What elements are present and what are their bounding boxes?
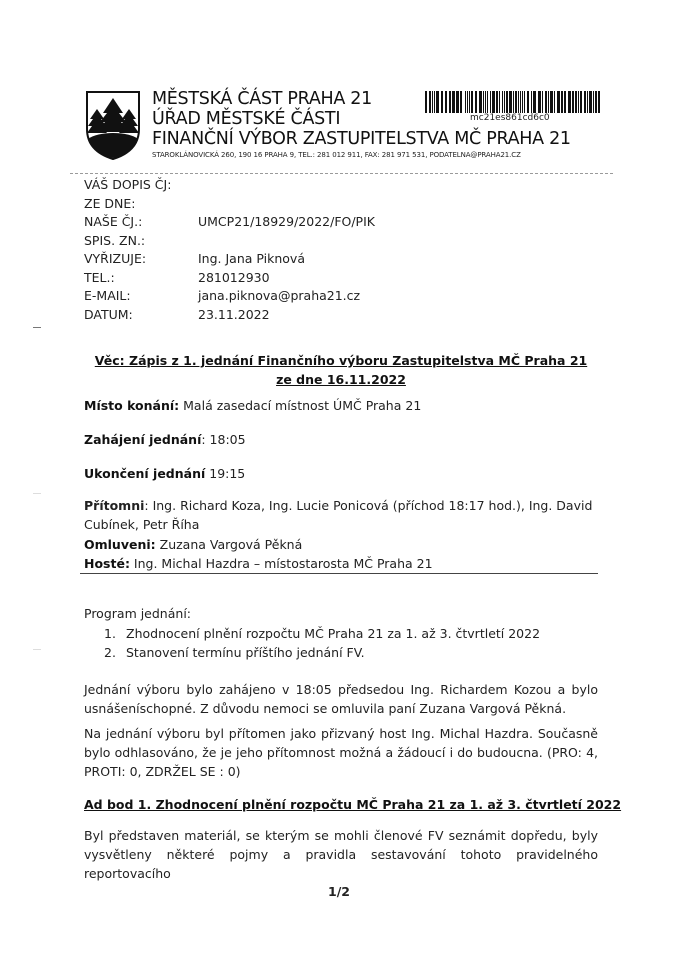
program-item: 1.Zhodnocení plnění rozpočtu MČ Praha 21… [104, 624, 540, 643]
program-item-number: 1. [104, 624, 126, 643]
metadata-label: VÁŠ DOPIS ČJ: [84, 176, 198, 195]
metadata-label: NAŠE ČJ.: [84, 213, 198, 232]
field-start: Zahájení jednání: 18:05 [84, 432, 246, 447]
header-separator [70, 173, 613, 174]
barcode-icon [425, 91, 600, 113]
field-guests-label: Hosté: [84, 556, 130, 571]
metadata-row: NAŠE ČJ.:UMCP21/18929/2022/FO/PIK [84, 213, 375, 232]
paragraph-material: Byl představen materiál, se kterým se mo… [84, 826, 598, 883]
metadata-value: UMCP21/18929/2022/FO/PIK [198, 213, 375, 232]
metadata-label: ZE DNE: [84, 195, 198, 214]
org-address: STAROKLÁNOVICKÁ 260, 190 16 PRAHA 9, TEL… [152, 151, 521, 159]
field-end: Ukončení jednání 19:15 [84, 466, 245, 481]
field-excused-label: Omluveni: [84, 537, 156, 552]
org-name-line1: MĚSTSKÁ ČÁST PRAHA 21 [152, 89, 372, 109]
margin-mark [33, 493, 41, 494]
program-item-text: Zhodnocení plnění rozpočtu MČ Praha 21 z… [126, 624, 540, 643]
field-end-label: Ukončení jednání [84, 466, 205, 481]
metadata-value: Ing. Jana Piknová [198, 250, 305, 269]
org-name-line2: ÚŘAD MĚSTSKÉ ČÁSTI [152, 109, 340, 129]
program-item-text: Stanovení termínu příštího jednání FV. [126, 643, 365, 662]
coat-of-arms-icon [84, 89, 142, 161]
field-guests-value: Ing. Michal Hazdra – místostarosta MČ Pr… [130, 556, 433, 571]
metadata-row: E-MAIL:jana.piknova@praha21.cz [84, 287, 375, 306]
field-present: Přítomni: Ing. Richard Koza, Ing. Lucie … [84, 496, 599, 534]
paragraph-opening: Jednání výboru bylo zahájeno v 18:05 pře… [84, 680, 598, 718]
agenda-item-heading: Ad bod 1. Zhodnocení plnění rozpočtu MČ … [84, 797, 621, 812]
letter-metadata: VÁŠ DOPIS ČJ:ZE DNE:NAŠE ČJ.:UMCP21/1892… [84, 176, 375, 324]
program-title: Program jednání: [84, 604, 598, 623]
field-end-value: 19:15 [205, 466, 245, 481]
org-name-line3: FINANČNÍ VÝBOR ZASTUPITELSTVA MČ PRAHA 2… [152, 129, 571, 149]
field-venue: Místo konání: Malá zasedací místnost ÚMČ… [84, 398, 421, 413]
field-excused-value: Zuzana Vargová Pěkná [156, 537, 303, 552]
metadata-value: 23.11.2022 [198, 306, 270, 325]
metadata-label: VYŘIZUJE: [84, 250, 198, 269]
metadata-label: TEL.: [84, 269, 198, 288]
field-venue-value: Malá zasedací místnost ÚMČ Praha 21 [179, 398, 421, 413]
barcode-text: mc21es861cd6c0 [470, 113, 550, 123]
metadata-row: TEL.:281012930 [84, 269, 375, 288]
metadata-row: VÁŠ DOPIS ČJ: [84, 176, 375, 195]
metadata-value: 281012930 [198, 269, 270, 288]
margin-mark [33, 327, 41, 328]
field-start-value: : 18:05 [201, 432, 245, 447]
field-guests: Hosté: Ing. Michal Hazdra – místostarost… [84, 556, 433, 571]
metadata-value: jana.piknova@praha21.cz [198, 287, 360, 306]
metadata-row: ZE DNE: [84, 195, 375, 214]
field-present-label: Přítomni [84, 498, 144, 513]
margin-mark [33, 649, 41, 650]
metadata-label: SPIS. ZN.: [84, 232, 198, 251]
field-excused: Omluveni: Zuzana Vargová Pěkná [84, 537, 302, 552]
metadata-row: DATUM:23.11.2022 [84, 306, 375, 325]
section-divider [80, 573, 598, 574]
metadata-row: SPIS. ZN.: [84, 232, 375, 251]
metadata-label: DATUM: [84, 306, 198, 325]
metadata-row: VYŘIZUJE:Ing. Jana Piknová [84, 250, 375, 269]
page-number: 1/2 [0, 884, 678, 899]
program-item-number: 2. [104, 643, 126, 662]
subject-heading: Věc: Zápis z 1. jednání Finančního výbor… [85, 351, 597, 389]
field-venue-label: Místo konání: [84, 398, 179, 413]
program-item: 2.Stanovení termínu příštího jednání FV. [104, 643, 540, 662]
field-present-value: : Ing. Richard Koza, Ing. Lucie Ponicová… [84, 498, 592, 532]
metadata-label: E-MAIL: [84, 287, 198, 306]
paragraph-guest: Na jednání výboru byl přítomen jako přiz… [84, 724, 598, 781]
field-start-label: Zahájení jednání [84, 432, 201, 447]
program-list: 1.Zhodnocení plnění rozpočtu MČ Praha 21… [104, 624, 540, 662]
